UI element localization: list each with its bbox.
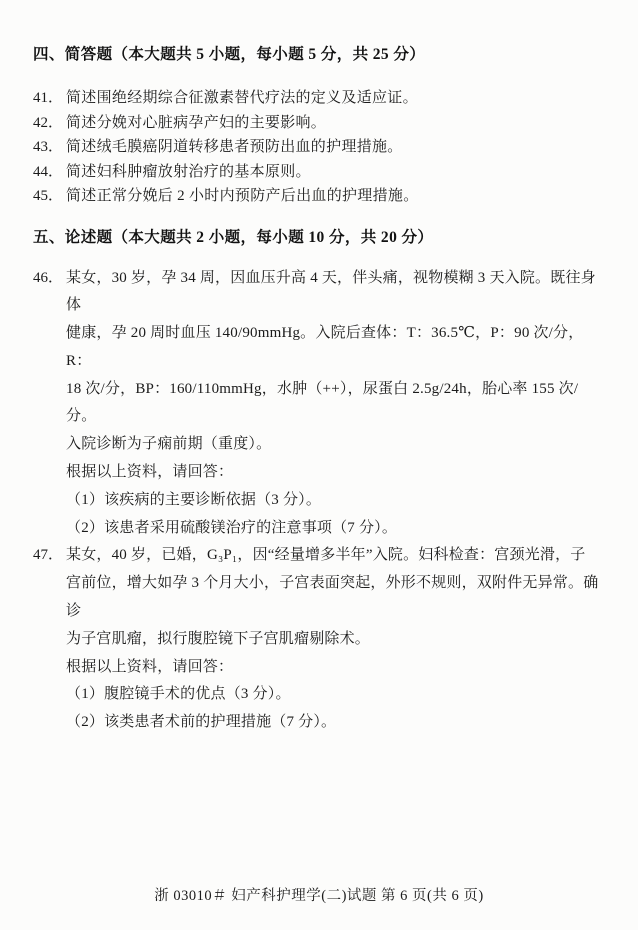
essay-question-47: 47． 某女，40 岁，已婚，G₃P₁，因“经量增多半年”入院。妇科检查：宫颈光…	[33, 542, 605, 737]
essay-body: 某女，40 岁，已婚，G₃P₁，因“经量增多半年”入院。妇科检查：宫颈光滑，子 …	[66, 542, 605, 737]
question-number: 47．	[33, 542, 66, 570]
question-text: 简述绒毛膜癌阴道转移患者预防出血的护理措施。	[66, 135, 605, 160]
question-number: 43．	[33, 135, 66, 160]
question-number: 41．	[33, 86, 66, 111]
essay-line: 某女，40 岁，已婚，G₃P₁，因“经量增多半年”入院。妇科检查：宫颈光滑，子	[66, 542, 605, 570]
question-number: 46．	[33, 265, 66, 293]
essay-line: 根据以上资料，请回答：	[66, 654, 605, 682]
question-item-45: 45． 简述正常分娩后 2 小时内预防产后出血的护理措施。	[33, 184, 605, 209]
essay-line: 宫前位，增大如孕 3 个月大小，子宫表面突起，外形不规则，双附件无异常。确诊	[66, 570, 605, 626]
question-text: 简述分娩对心脏病孕产妇的主要影响。	[66, 111, 605, 136]
question-text: 简述正常分娩后 2 小时内预防产后出血的护理措施。	[66, 184, 605, 209]
essay-line: 18 次/分，BP：160/110mmHg，水肿（++），尿蛋白 2.5g/24…	[66, 376, 605, 432]
section-heading-short-answer: 四、简答题（本大题共 5 小题，每小题 5 分，共 25 分）	[33, 46, 605, 64]
essay-line: 健康，孕 20 周时血压 140/90mmHg。入院后查体：T：36.5℃，P：…	[66, 320, 605, 376]
short-answer-list: 41． 简述围绝经期综合征激素替代疗法的定义及适应证。 42． 简述分娩对心脏病…	[33, 86, 605, 209]
page-footer: 浙 03010＃ 妇产科护理学(二)试题 第 6 页(共 6 页)	[0, 884, 638, 905]
essay-line: 为子宫肌瘤，拟行腹腔镜下子宫肌瘤剔除术。	[66, 626, 605, 654]
essay-subquestion: （1）腹腔镜手术的优点（3 分）。	[66, 681, 605, 709]
page-content: 四、简答题（本大题共 5 小题，每小题 5 分，共 25 分） 41． 简述围绝…	[0, 0, 638, 737]
question-text: 简述围绝经期综合征激素替代疗法的定义及适应证。	[66, 86, 605, 111]
question-item-41: 41． 简述围绝经期综合征激素替代疗法的定义及适应证。	[33, 86, 605, 111]
question-item-43: 43． 简述绒毛膜癌阴道转移患者预防出血的护理措施。	[33, 135, 605, 160]
essay-subquestion: （2）该类患者术前的护理措施（7 分）。	[66, 709, 605, 737]
question-text: 简述妇科肿瘤放射治疗的基本原则。	[66, 160, 605, 185]
essay-line: 某女，30 岁，孕 34 周，因血压升高 4 天，伴头痛，视物模糊 3 天入院。…	[66, 265, 605, 321]
question-number: 42．	[33, 111, 66, 136]
essay-body: 某女，30 岁，孕 34 周，因血压升高 4 天，伴头痛，视物模糊 3 天入院。…	[66, 265, 605, 543]
question-item-44: 44． 简述妇科肿瘤放射治疗的基本原则。	[33, 160, 605, 185]
question-item-42: 42． 简述分娩对心脏病孕产妇的主要影响。	[33, 111, 605, 136]
essay-subquestion: （1）该疾病的主要诊断依据（3 分）。	[66, 487, 605, 515]
exam-page: 四、简答题（本大题共 5 小题，每小题 5 分，共 25 分） 41． 简述围绝…	[0, 0, 638, 930]
essay-subquestion: （2）该患者采用硫酸镁治疗的注意事项（7 分）。	[66, 515, 605, 543]
essay-line: 根据以上资料，请回答：	[66, 459, 605, 487]
question-number: 45．	[33, 184, 66, 209]
essay-line: 入院诊断为子痫前期（重度）。	[66, 431, 605, 459]
essay-question-46: 46． 某女，30 岁，孕 34 周，因血压升高 4 天，伴头痛，视物模糊 3 …	[33, 265, 605, 543]
section-heading-essay: 五、论述题（本大题共 2 小题，每小题 10 分，共 20 分）	[33, 229, 605, 247]
question-number: 44．	[33, 160, 66, 185]
